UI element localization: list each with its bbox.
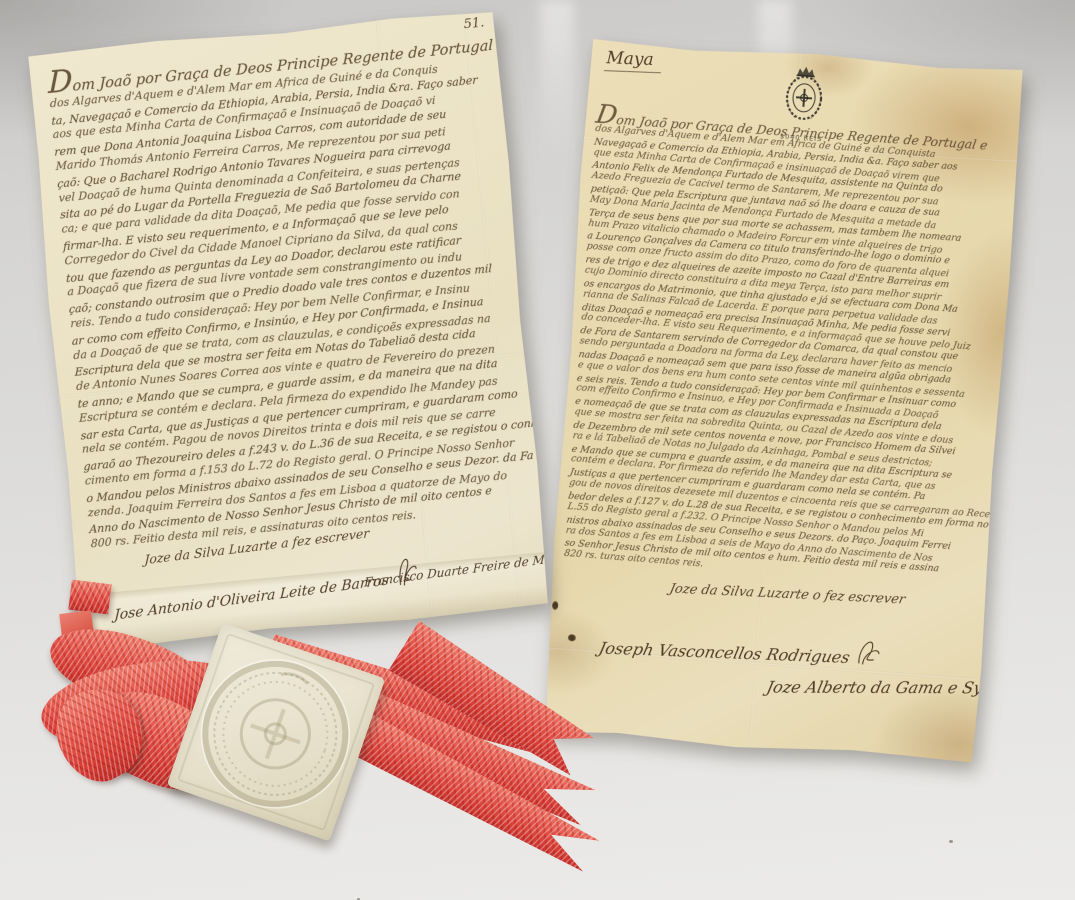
worm-hole [568,634,576,642]
charter-document-right: Maya $040 REIS Dom Joaõ por Graça de De [539,36,1026,766]
manuscript-body-text: Dom Joaõ por Graça de Deos Principe Rege… [47,33,534,553]
page-number: 51. [463,15,485,32]
archival-note-maya: Maya [604,48,662,73]
worm-hole [552,601,559,610]
backdrop-seam [540,0,574,170]
manuscript-body-text: Dom Joaõ por Graça de Deos Principe Rege… [564,107,1014,591]
dust-speck [949,840,953,843]
secretary-line: Joze da Silva Luzarte o fez escrever [668,581,906,607]
signature-name: Joze Alberto da Gama e Sylva [765,677,1009,697]
ribbon-through-slit [68,580,111,615]
paper-sheet: Maya $040 REIS Dom Joaõ por Graça de De [539,36,1026,766]
photograph-of-two-royal-charters: Maya $040 REIS Dom Joaõ por Graça de De [0,0,1075,900]
paper-sheet: 51. Dom Joaõ por Graça de Deos Principe … [25,8,551,651]
charter-document-left: 51. Dom Joaõ por Graça de Deos Principe … [25,8,551,651]
